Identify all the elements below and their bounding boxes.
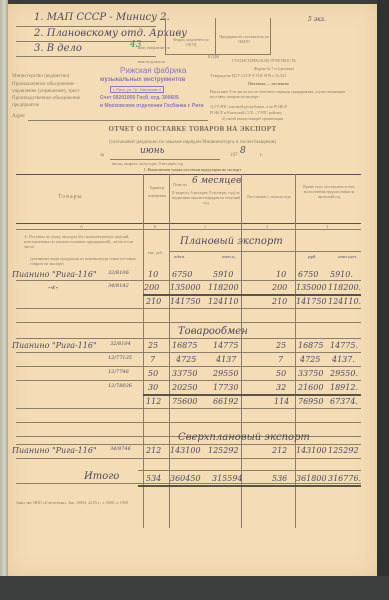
stamp-line-3: г. Рига, ул. Гр. Никонова 4 (110, 86, 164, 93)
table-top (16, 174, 361, 175)
row-acc-opt: 4137. (332, 355, 355, 364)
handwritten-line-3: 3. В дело (34, 43, 82, 54)
subheader-plan-opt: опт.ц. (222, 254, 236, 259)
instruction-1: 1) ГУЭПС союзной республики, а по РСФСР (210, 104, 287, 109)
row-plan-qty: 200 (144, 283, 159, 292)
section-a-sub: (указывают виды продукции по номенклатур… (30, 256, 142, 266)
header-goods: Товары (58, 194, 83, 200)
stamp-line-1: Рижская фабрика (120, 66, 187, 75)
row-plan-rub: 4725 (176, 355, 196, 364)
row-plan-rub: 141750 (170, 297, 201, 306)
instructions: Высылают 3-го числа после отчетного пери… (210, 89, 360, 99)
row-delivered: 32 (276, 383, 286, 392)
header-delivered: Поставлено с начала года (244, 192, 294, 201)
unit-value: тыс. руб. (148, 250, 163, 255)
group-title-barter: Товарообмен (178, 326, 248, 337)
label-ministry: Министерство (ведомство) (12, 74, 69, 79)
row-line (16, 422, 361, 423)
period-line (110, 159, 220, 160)
row-plan-qty: 7 (150, 355, 155, 364)
row-code: 32/8104 (110, 341, 131, 347)
stamp-line-5: в Московском отделении Госбанка г. Риги (100, 103, 204, 109)
name-caption: имя получателя (138, 59, 165, 64)
table-header-bottom (16, 223, 361, 224)
copies-note: 5 экз. (308, 16, 326, 23)
handwritten-line-1: 1. МАП СССР - Минису 2. (34, 12, 170, 23)
row-acc-opt: 14775. (330, 341, 358, 350)
row-plan-qty: 210 (146, 297, 161, 306)
row-acc-rub: 4725 (300, 355, 320, 364)
label-enterprise: предприятие (12, 103, 39, 108)
row-acc-opt: 29550. (330, 369, 358, 378)
postal-note: Почтовая — месячная (248, 81, 289, 86)
col-letter-1: 1 (204, 224, 206, 229)
row-line (16, 366, 361, 367)
row-plan-rub: 135000 (170, 283, 201, 292)
stamp-line-4: Счет 00201000 Госб. отд. 300605 (100, 95, 179, 101)
label-enterprise-type: Производственное объединение (12, 96, 80, 101)
total-underline (138, 485, 361, 487)
row-plan-qty: 50 (148, 369, 158, 378)
subheader-acc-opt: опт.цен. (338, 254, 357, 259)
label-directorate: управление (управление), трест (12, 89, 80, 94)
stamp-line-2: музыкальных инструментов (100, 77, 185, 83)
row-plan-opt: 4137 (216, 355, 236, 364)
row-line (16, 322, 361, 323)
subheader-plan-unit: един. (174, 254, 185, 259)
row-plan-opt: 17730 (213, 383, 238, 392)
row-plan-opt: 125292 (208, 446, 239, 455)
row-name: Пианино "Рига-116" (12, 446, 97, 455)
total-acc-rub: 361800 (296, 474, 327, 483)
row-plan-opt: 124110 (208, 297, 239, 306)
label-association: Промышленное объединение (12, 82, 74, 87)
report-subtitle: (составляют раздельно по заказам-нарядам… (8, 140, 377, 145)
codebox-border (165, 18, 166, 54)
table-letters-bottom (16, 229, 361, 230)
total-acc-opt: 316776. (328, 474, 361, 483)
period-caption: месяц, квартал, полугодие, 9 месяцев, го… (112, 161, 183, 166)
row-acc-rub: 33750 (298, 369, 323, 378)
total-label: Итого (84, 471, 119, 482)
row-line (16, 380, 361, 381)
row-line (16, 280, 361, 281)
row-code: 12/7746 (108, 369, 129, 375)
row-line (138, 470, 361, 471)
row-acc-rub: 135000 (296, 283, 327, 292)
row-line (16, 352, 361, 353)
row-code: 32/8106 (108, 270, 129, 276)
header-unit: Единица измерения (145, 184, 169, 200)
row-delivered: 210 (272, 297, 287, 306)
year-suffix: 8 (240, 146, 246, 156)
row-acc-rub: 141750 (296, 297, 327, 306)
row-line (169, 251, 361, 252)
row-delivered: 10 (276, 270, 286, 279)
background-edge-bottom (0, 576, 389, 600)
row-plan-qty: 212 (146, 446, 161, 455)
year-end: г. (260, 153, 263, 158)
row-plan-qty: 30 (148, 383, 158, 392)
row-plan-qty: 112 (146, 397, 161, 406)
row-acc-rub: 21600 (298, 383, 323, 392)
row-plan-rub: 16875 (172, 341, 197, 350)
row-plan-rub: 143100 (170, 446, 201, 455)
row-plan-rub: 75600 (172, 397, 197, 406)
col-divider (143, 174, 144, 528)
codebox-border (215, 18, 216, 54)
row-code: 34/8142 (108, 283, 129, 289)
approved-note: Утверждена ЦСУ СССР 8.VIII.1978 г. № 523 (210, 73, 286, 78)
row-line (16, 483, 361, 484)
row-acc-opt: 67374. (330, 397, 358, 406)
row-code: 12/77135 (108, 355, 132, 361)
row-delivered: 50 (276, 369, 286, 378)
instruction-2: 2) своей вышестоящей организации (222, 116, 283, 121)
row-acc-opt: 125292 (328, 446, 359, 455)
row-plan-opt: 5910 (213, 270, 233, 279)
row-plan-opt: 66192 (213, 397, 238, 406)
address-line (28, 120, 208, 121)
subheader-acc-rub: руб. (308, 254, 317, 259)
codes-label: КОДЫ (208, 54, 219, 59)
row-name: Пианино "Рига-116" (12, 270, 97, 279)
year-prefix: 197 (230, 153, 238, 158)
okud-label: Форма документа по ОКУД (168, 37, 214, 47)
header-plan-handwritten: 6 месяцев (192, 176, 241, 186)
row-plan-rub: 33750 (172, 369, 197, 378)
background-edge (377, 0, 389, 600)
row-line (16, 458, 361, 459)
row-plan-opt: 29550 (213, 369, 238, 378)
row-delivered: 7 (278, 355, 283, 364)
row-code: 34/8746 (110, 446, 131, 452)
section-title: 1. Выполнение плана поставки продукции н… (8, 167, 377, 172)
row-delivered: 25 (276, 341, 286, 350)
handwritten-line-2: 2. Плановскому отд. Архиву (34, 28, 187, 39)
row-name: -«- (48, 283, 58, 292)
subtotal-line (143, 294, 361, 296)
row-plan-qty: 25 (148, 341, 158, 350)
total-plan-rub: 360450 (170, 474, 201, 483)
row-plan-rub: 20250 (172, 383, 197, 392)
col-letter-3: 3 (326, 224, 328, 229)
handwritten-code: 43 (130, 40, 141, 50)
row-acc-opt: 124110. (328, 297, 361, 306)
document-page: 1. МАП СССР - Минису 2. 2. Плановскому о… (8, 4, 377, 576)
period-prefix: за (100, 153, 104, 158)
row-acc-opt: 18912. (330, 383, 358, 392)
row-plan-qty: 10 (148, 270, 158, 279)
group-title-plan-export: Плановый экспорт (180, 236, 283, 247)
col-letter-2: 2 (266, 224, 268, 229)
row-plan-opt: 118200 (208, 283, 239, 292)
col-letter-b: Б (154, 224, 156, 229)
row-name: Пианино "Рига-116" (12, 341, 97, 350)
row-line (16, 444, 361, 445)
binder-edge (0, 0, 8, 578)
total-plan-opt: 315594 (212, 474, 243, 483)
row-delivered: 114 (274, 397, 289, 406)
header-plan-sub: (I квартал, 6 месяцев, 9 месяцев, год) п… (171, 190, 241, 205)
row-line (16, 338, 361, 339)
group-title-above-plan: Сверхплановый экспорт (178, 432, 310, 443)
codebox-border (270, 18, 271, 54)
row-acc-rub: 76950 (298, 397, 323, 406)
col-letter-a: А (80, 224, 83, 229)
total-delivered: 536 (272, 474, 287, 483)
stat-title: СТАТИСТИЧЕСКАЯ ОТЧЕТНОСТЬ (232, 58, 296, 63)
period-month: июнь (140, 146, 165, 156)
header-accepted: Кроме того, поставлено в счет восполнени… (298, 184, 360, 199)
subtotal-line (143, 394, 361, 396)
row-acc-opt: 118200. (328, 283, 361, 292)
row-acc-opt: 5910. (330, 270, 353, 279)
divider (16, 26, 156, 27)
okpo-label: Предприятие-составитель по ОКПО (218, 34, 270, 44)
form-number: Форма № 7-п (срочная) (254, 66, 294, 71)
header-plan: План на (173, 182, 187, 187)
total-plan-qty: 534 (146, 474, 161, 483)
row-code: 12/78036 (108, 383, 132, 389)
label-address: Адрес (12, 114, 25, 119)
print-footer: Заказ зав. НПО «Статистика», Зак. 10003,… (16, 500, 128, 505)
row-line (16, 408, 361, 409)
row-acc-rub: 6750 (298, 270, 318, 279)
divider (16, 56, 156, 57)
row-line (16, 308, 361, 309)
section-a-text: А. Поставка по плану экспорта (без компл… (24, 234, 142, 249)
row-acc-rub: 16875 (298, 341, 323, 350)
row-acc-rub: 143100 (296, 446, 327, 455)
instruction-1b: РСФСР и Казахской ССР—УЭПС района; (210, 110, 282, 115)
report-title: ОТЧЕТ О ПОСТАВКЕ ТОВАРОВ НА ЭКСПОРТ (8, 125, 377, 133)
row-delivered: 200 (272, 283, 287, 292)
row-plan-rub: 6750 (172, 270, 192, 279)
row-delivered: 212 (272, 446, 287, 455)
row-plan-opt: 14775 (213, 341, 238, 350)
